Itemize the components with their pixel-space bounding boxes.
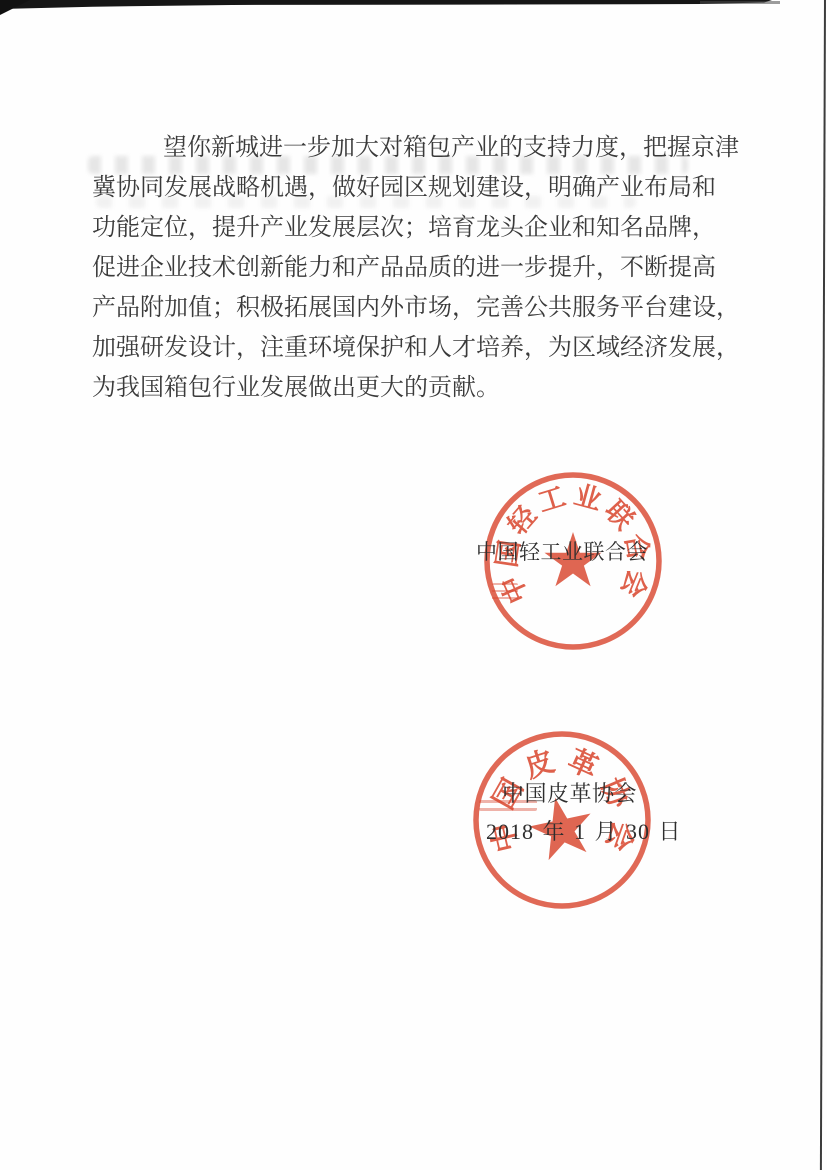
- body-line: 冀协同发展战略机遇，做好园区规划建设，明确产业布局和: [92, 168, 732, 208]
- body-line: 望你新城进一步加大对箱包产业的支持力度，把握京津: [92, 128, 732, 168]
- body-paragraph: 望你新城进一步加大对箱包产业的支持力度，把握京津 冀协同发展战略机遇，做好园区规…: [92, 128, 732, 408]
- scan-artifact-top-band: [0, 0, 772, 9]
- signature-date: 2018 年 1 月 30 日: [486, 815, 682, 846]
- body-line: 加强研发设计，注重环境保护和人才培养，为区域经济发展，: [92, 328, 732, 368]
- seal-double-stamp-ghost: [492, 583, 518, 602]
- signature-org-light-industry: 中国轻工业联合会: [476, 536, 648, 566]
- body-line: 功能定位，提升产业发展层次；培育龙头企业和知名品牌，: [92, 208, 732, 248]
- signature-org-leather-association: 中国皮革协会: [502, 777, 637, 808]
- scan-artifact-top-band-tail: [700, 1, 780, 4]
- body-line: 为我国箱包行业发展做出更大的贡献。: [92, 368, 732, 408]
- body-line: 促进企业技术创新能力和产品品质的进一步提升，不断提高: [92, 248, 732, 288]
- scanned-letter-page: 望你新城进一步加大对箱包产业的支持力度，把握京津 冀协同发展战略机遇，做好园区规…: [0, 0, 827, 1170]
- body-line: 产品附加值；积极拓展国内外市场，完善公共服务平台建设，: [92, 288, 732, 328]
- scan-artifact-right-edge-line: [820, 0, 826, 1170]
